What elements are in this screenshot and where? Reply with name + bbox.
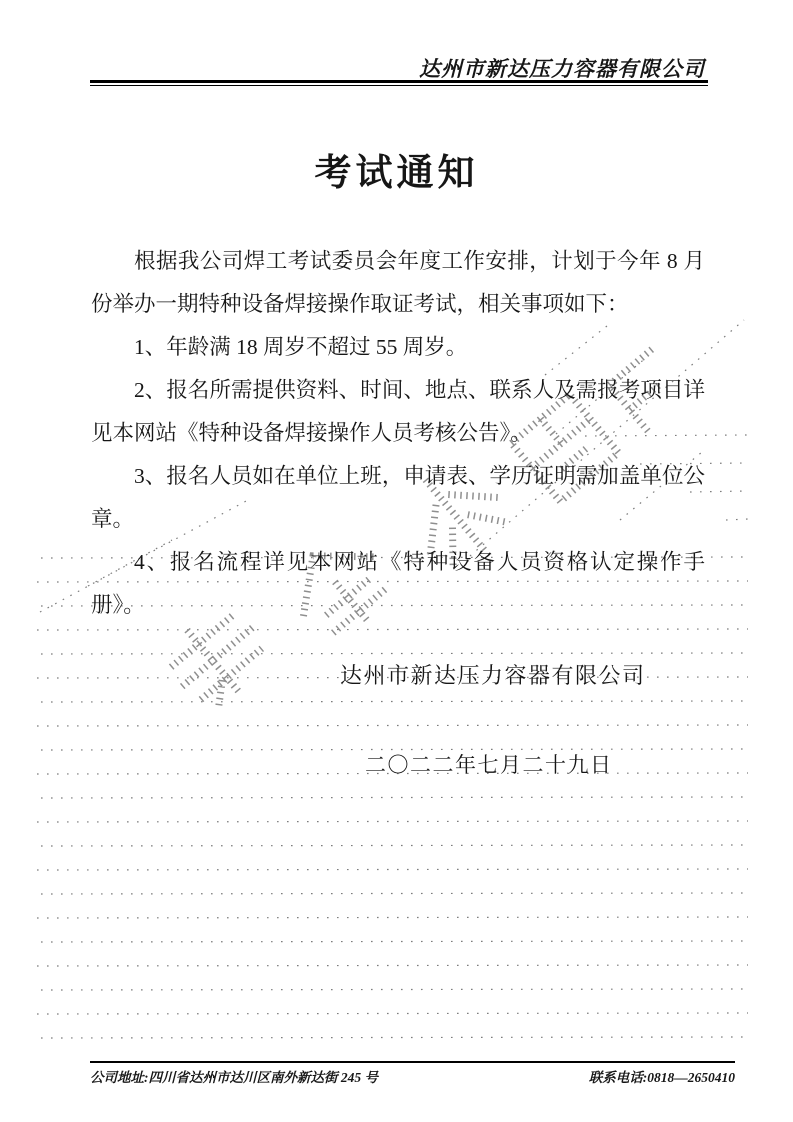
paragraph-item-3: 3、报名人员如在单位上班，申请表、学历证明需加盖单位公章。 bbox=[91, 455, 705, 541]
footer: 公司地址:四川省达州市达川区南外新达街 245 号 联系电话:0818—2650… bbox=[90, 1066, 735, 1086]
paragraph-item-1: 1、年龄满 18 周岁不超过 55 周岁。 bbox=[91, 326, 705, 369]
footer-address: 公司地址:四川省达州市达川区南外新达街 245 号 bbox=[90, 1066, 378, 1086]
page-title: 考试通知 bbox=[0, 142, 793, 196]
paragraph-item-4: 4、报名流程详见本网站《特种设备人员资格认定操作手册》。 bbox=[91, 541, 705, 627]
header-double-rule bbox=[90, 80, 708, 86]
signature-date: 二〇二二年七月二十九日 bbox=[365, 749, 613, 779]
footer-rule bbox=[90, 1061, 735, 1063]
paragraph-item-2: 2、报名所需提供资料、时间、地点、联系人及需报考项目详见本网站《特种设备焊接操作… bbox=[91, 369, 705, 455]
notice-body: 根据我公司焊工考试委员会年度工作安排，计划于今年 8 月份举办一期特种设备焊接操… bbox=[91, 240, 705, 627]
header-company-name: 达州市新达压力容器有限公司 bbox=[419, 53, 705, 83]
document-page: 达州市新达压力容器有限公司 考试通知 根据我公司焊工考试委员会年度工作安排，计划… bbox=[0, 0, 793, 1122]
footer-phone: 联系电话:0818—2650410 bbox=[589, 1066, 735, 1086]
paragraph-intro: 根据我公司焊工考试委员会年度工作安排，计划于今年 8 月份举办一期特种设备焊接操… bbox=[91, 240, 705, 326]
document-content: 达州市新达压力容器有限公司 考试通知 根据我公司焊工考试委员会年度工作安排，计划… bbox=[0, 0, 793, 1122]
signature-company-name: 达州市新达压力容器有限公司 bbox=[340, 659, 646, 690]
